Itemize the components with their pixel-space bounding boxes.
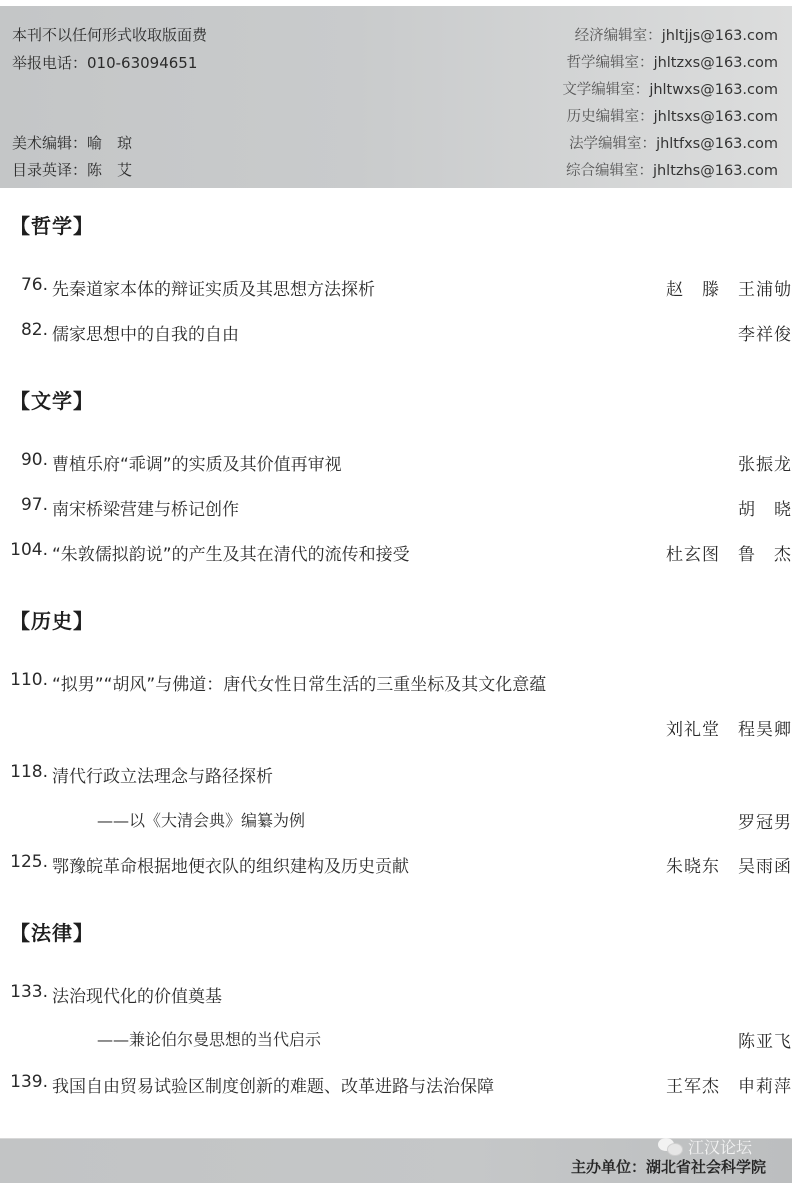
article-title: 南宋桥梁营建与桥记创作	[52, 495, 239, 520]
page-number: 90.	[0, 450, 48, 470]
article-authors: 胡 晓	[738, 495, 792, 520]
office-history: 历史编辑室：jhltsxs@163.com	[567, 105, 778, 126]
article-authors: 朱晓东 吴雨函	[666, 852, 792, 877]
watermark-text: 江汉论坛	[688, 1135, 752, 1158]
report-hotline: 举报电话：010-63094651	[12, 52, 197, 73]
article-title: “拟男”“胡风”与佛道：唐代女性日常生活的三重坐标及其文化意蕴	[52, 670, 546, 695]
email-link[interactable]: jhltwxs@163.com	[649, 82, 778, 98]
article-authors: 赵 滕 王浦劬	[666, 275, 792, 300]
page-number: 110.	[0, 670, 48, 690]
article-title: “朱敦儒拟韵说”的产生及其在清代的流传和接受	[52, 540, 410, 565]
office-literature: 文学编辑室：jhltwxs@163.com	[562, 78, 778, 99]
sponsor-label: 主办单位：湖北省社会科学院	[571, 1156, 766, 1177]
article-subtitle: ——以《大清会典》编纂为例	[97, 808, 305, 831]
header-band: 本刊不以任何形式收取版面费 举报电话：010-63094651 美术编辑：喻 琼…	[0, 6, 792, 188]
page-number: 76.	[0, 275, 48, 295]
email-link[interactable]: jhltzxs@163.com	[654, 55, 778, 71]
article-subtitle: ——兼论伯尔曼思想的当代启示	[97, 1027, 321, 1050]
section-title-philosophy: 【哲学】	[10, 210, 94, 239]
footer-band: 江汉论坛 主办单位：湖北省社会科学院	[0, 1138, 792, 1183]
section-title-history: 【历史】	[10, 605, 94, 634]
email-link[interactable]: jhltzhs@163.com	[653, 163, 778, 179]
article-authors: 陈亚飞	[738, 1027, 792, 1052]
email-link[interactable]: jhltfxs@163.com	[656, 136, 778, 152]
article-authors: 杜玄图 鲁 杰	[666, 540, 792, 565]
wechat-icon	[658, 1138, 684, 1156]
article-authors: 张振龙	[738, 450, 792, 475]
article-title: 清代行政立法理念与路径探析	[52, 762, 273, 787]
art-editor: 美术编辑：喻 琼	[12, 132, 132, 153]
office-law: 法学编辑室：jhltfxs@163.com	[569, 132, 778, 153]
page-number: 139.	[0, 1072, 48, 1092]
page-number: 133.	[0, 982, 48, 1002]
article-title: 先秦道家本体的辩证实质及其思想方法探析	[52, 275, 375, 300]
office-philosophy: 哲学编辑室：jhltzxs@163.com	[567, 51, 778, 72]
page-number: 125.	[0, 852, 48, 872]
section-title-literature: 【文学】	[10, 385, 94, 414]
office-economics: 经济编辑室：jhltjjs@163.com	[575, 24, 778, 45]
page-number: 118.	[0, 762, 48, 782]
email-link[interactable]: jhltsxs@163.com	[654, 109, 778, 125]
page-number: 97.	[0, 495, 48, 515]
wechat-watermark: 江汉论坛	[658, 1135, 752, 1158]
article-authors: 李祥俊	[738, 320, 792, 345]
article-title: 曹植乐府“乖调”的实质及其价值再审视	[52, 450, 342, 475]
page-number: 82.	[0, 320, 48, 340]
article-authors: 王军杰 申莉萍	[666, 1072, 792, 1097]
article-title: 鄂豫皖革命根据地便衣队的组织建构及历史贡献	[52, 852, 409, 877]
article-authors: 罗冠男	[738, 808, 792, 833]
article-title: 儒家思想中的自我的自由	[52, 320, 239, 345]
page-number: 104.	[0, 540, 48, 560]
toc-translator: 目录英译：陈 艾	[12, 159, 132, 180]
article-title: 法治现代化的价值奠基	[52, 982, 222, 1007]
office-general: 综合编辑室：jhltzhs@163.com	[566, 159, 778, 180]
article-title: 我国自由贸易试验区制度创新的难题、改革进路与法治保障	[52, 1072, 494, 1097]
section-title-law: 【法律】	[10, 917, 94, 946]
email-link[interactable]: jhltjjs@163.com	[662, 28, 778, 44]
no-fee-notice: 本刊不以任何形式收取版面费	[12, 24, 207, 45]
article-authors: 刘礼堂 程昊卿	[666, 715, 792, 740]
